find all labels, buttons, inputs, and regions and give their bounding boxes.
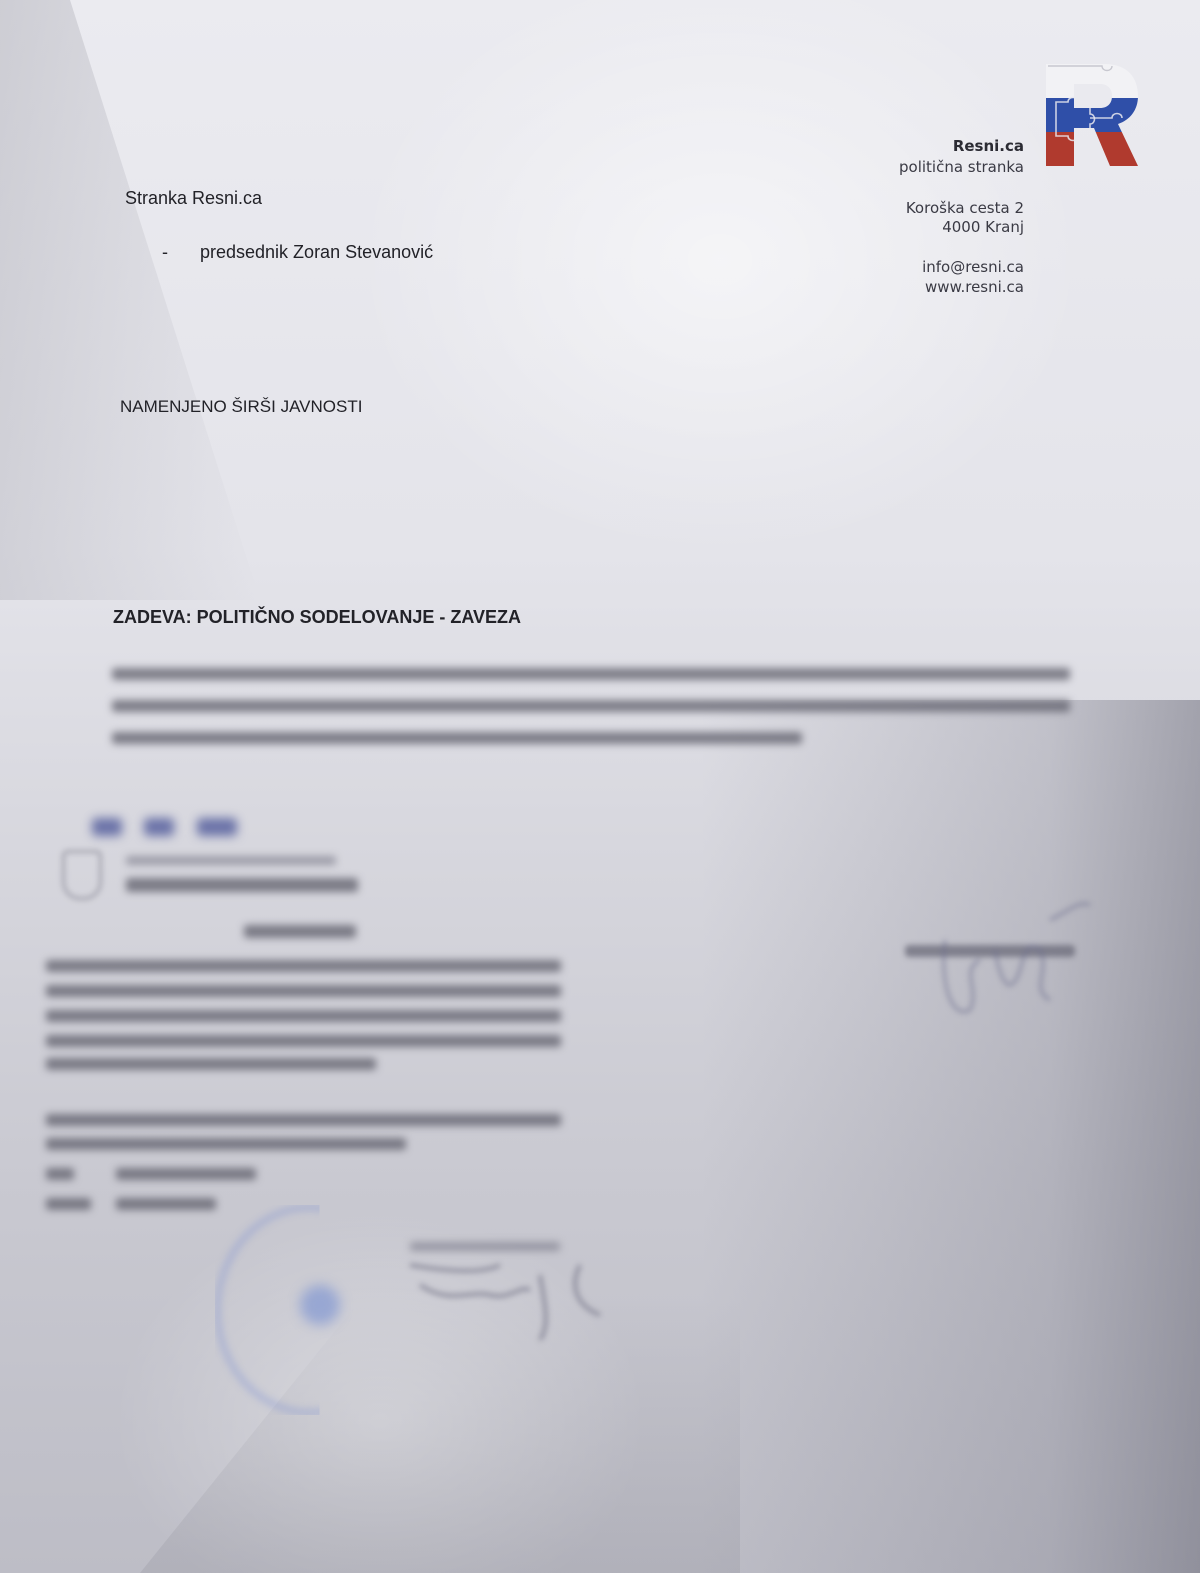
subject-heading: ZADEVA: POLITIČNO SODELOVANJE - ZAVEZA (113, 607, 521, 628)
recipient-party: Stranka Resni.ca (125, 188, 262, 209)
party-type: politična stranka (899, 158, 1024, 176)
resni-ca-logo-icon (1042, 62, 1140, 168)
contact-website: www.resni.ca (925, 278, 1024, 296)
address-city: 4000 Kranj (942, 218, 1024, 236)
recipient-bullet: - (162, 242, 168, 263)
address-street: Koroška cesta 2 (906, 199, 1024, 217)
signature-president-icon (900, 880, 1100, 1030)
contact-email: info@resni.ca (922, 258, 1024, 276)
public-notice: NAMENJENO ŠIRŠI JAVNOSTI (120, 397, 362, 417)
recipient-president: predsednik Zoran Stevanović (200, 242, 433, 263)
signature-notary-icon (400, 1245, 630, 1355)
party-name: Resni.ca (953, 137, 1024, 155)
coat-of-arms-icon (62, 850, 102, 900)
paper-shadow-right (700, 700, 1200, 1573)
stamp-number (92, 818, 242, 836)
seal-ink-mark (300, 1285, 340, 1325)
